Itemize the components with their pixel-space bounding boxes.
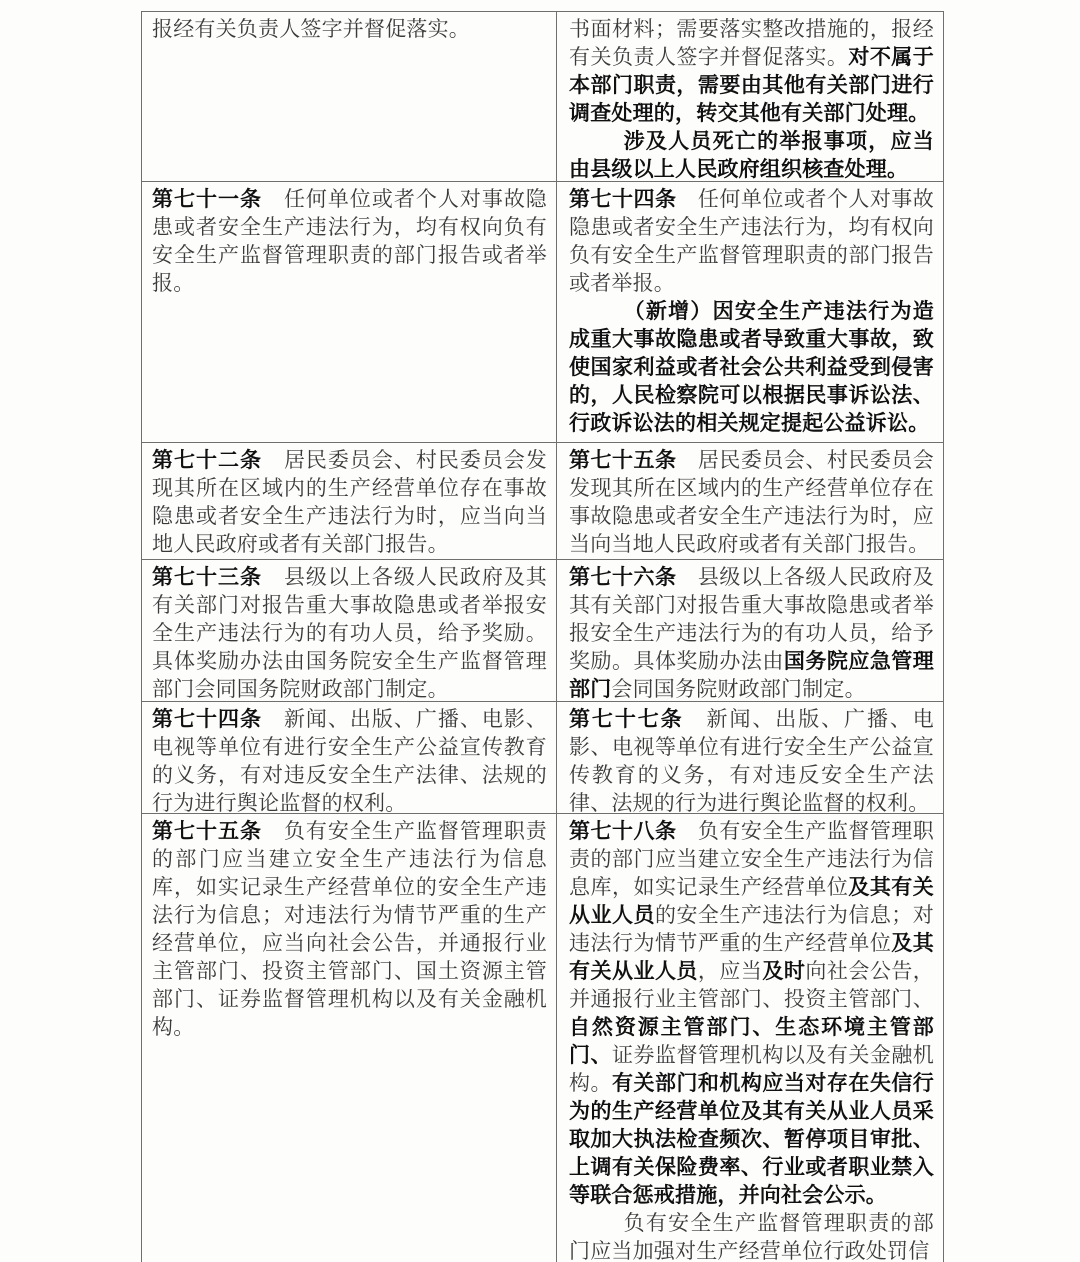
article-number: 第七十四条 <box>569 187 676 211</box>
new-law-cell: 第七十四条 任何单位或者个人对事故隐患或者安全生产违法行为，均有权向负有安全生产… <box>557 182 943 442</box>
scanned-document-page: 报经有关负责人签字并督促落实。书面材料；需要落实整改措施的，报经有关负责人签字并… <box>0 0 1080 1262</box>
paragraph: 第七十六条 县级以上各级人民政府及其有关部门对报告重大事故隐患或者举报安全生产违… <box>569 563 934 701</box>
article-number: 第七十六条 <box>569 565 676 589</box>
table-row: 第七十二条 居民委员会、村民委员会发现其所在区域内的生产经营单位存在事故隐患或者… <box>142 443 943 560</box>
old-law-cell: 第七十五条 负有安全生产监督管理职责的部门应当建立安全生产违法行为信息库，如实记… <box>142 814 557 1262</box>
paragraph: 第七十三条 县级以上各级人民政府及其有关部门对报告重大事故隐患或者举报安全生产违… <box>152 563 547 701</box>
old-law-cell: 第七十四条 新闻、出版、广播、电影、电视等单位有进行安全生产公益宣传教育的义务，… <box>142 702 557 813</box>
body-text: ，应当 <box>698 959 762 983</box>
paragraph: 书面材料；需要落实整改措施的，报经有关负责人签字并督促落实。对不属于本部门职责，… <box>569 15 934 127</box>
body-text: 负有安全生产监督管理职责的部门应当加强对生产经营单位行政处罚信 <box>569 1211 934 1262</box>
old-law-cell: 报经有关负责人签字并督促落实。 <box>142 12 557 181</box>
article-number: 第七十二条 <box>152 448 262 472</box>
paragraph: 第七十一条 任何单位或者个人对事故隐患或者安全生产违法行为，均有权向负有安全生产… <box>152 185 547 297</box>
body-text: 负有安全生产监督管理职责的部门应当建立安全生产违法行为信息库，如实记录生产经营单… <box>152 819 547 1039</box>
revised-text: 有关部门和机构应当对存在失信行为的生产经营单位及其有关从业人员采取加大执法检查频… <box>569 1071 934 1207</box>
paragraph: 负有安全生产监督管理职责的部门应当加强对生产经营单位行政处罚信 <box>569 1209 934 1262</box>
article-number: 第七十八条 <box>569 819 676 843</box>
paragraph: 报经有关负责人签字并督促落实。 <box>152 15 547 43</box>
article-number: 第七十一条 <box>152 187 262 211</box>
paragraph: 第七十四条 任何单位或者个人对事故隐患或者安全生产违法行为，均有权向负有安全生产… <box>569 185 934 297</box>
old-law-cell: 第七十二条 居民委员会、村民委员会发现其所在区域内的生产经营单位存在事故隐患或者… <box>142 443 557 559</box>
paragraph: 第七十二条 居民委员会、村民委员会发现其所在区域内的生产经营单位存在事故隐患或者… <box>152 446 547 558</box>
paragraph: （新增）因安全生产违法行为造成重大事故隐患或者导致重大事故，致使国家利益或者社会… <box>569 297 934 437</box>
old-law-cell: 第七十一条 任何单位或者个人对事故隐患或者安全生产违法行为，均有权向负有安全生产… <box>142 182 557 442</box>
article-number: 第七十四条 <box>152 707 262 731</box>
table-row: 第七十四条 新闻、出版、广播、电影、电视等单位有进行安全生产公益宣传教育的义务，… <box>142 702 943 814</box>
paragraph: 第七十四条 新闻、出版、广播、电影、电视等单位有进行安全生产公益宣传教育的义务，… <box>152 705 547 813</box>
article-number: 第七十五条 <box>152 819 262 843</box>
body-text: 报经有关负责人签字并督促落实。 <box>152 17 470 41</box>
table-row: 第七十一条 任何单位或者个人对事故隐患或者安全生产违法行为，均有权向负有安全生产… <box>142 182 943 443</box>
article-number: 第七十七条 <box>569 707 684 731</box>
new-law-cell: 第七十八条 负有安全生产监督管理职责的部门应当建立安全生产违法行为信息库，如实记… <box>557 814 943 1262</box>
old-law-cell: 第七十三条 县级以上各级人民政府及其有关部门对报告重大事故隐患或者举报安全生产违… <box>142 560 557 701</box>
paragraph: 第七十五条 负有安全生产监督管理职责的部门应当建立安全生产违法行为信息库，如实记… <box>152 817 547 1041</box>
table-row: 第七十三条 县级以上各级人民政府及其有关部门对报告重大事故隐患或者举报安全生产违… <box>142 560 943 702</box>
revised-text: 涉及人员死亡的举报事项，应当由县级以上人民政府组织核查处理。 <box>569 129 934 181</box>
table-row: 报经有关负责人签字并督促落实。书面材料；需要落实整改措施的，报经有关负责人签字并… <box>142 12 943 182</box>
new-law-cell: 第七十六条 县级以上各级人民政府及其有关部门对报告重大事故隐患或者举报安全生产违… <box>557 560 943 701</box>
body-text: 会同国务院财政部门制定。 <box>611 677 865 701</box>
revised-text: （新增）因安全生产违法行为造成重大事故隐患或者导致重大事故，致使国家利益或者社会… <box>569 299 934 435</box>
new-law-cell: 书面材料；需要落实整改措施的，报经有关负责人签字并督促落实。对不属于本部门职责，… <box>557 12 943 181</box>
paragraph: 第七十七条 新闻、出版、广播、电影、电视等单位有进行安全生产公益宣传教育的义务，… <box>569 705 934 813</box>
article-number: 第七十五条 <box>569 448 676 472</box>
paragraph: 第七十八条 负有安全生产监督管理职责的部门应当建立安全生产违法行为信息库，如实记… <box>569 817 934 1209</box>
paragraph: 涉及人员死亡的举报事项，应当由县级以上人民政府组织核查处理。 <box>569 127 934 181</box>
paragraph: 第七十五条 居民委员会、村民委员会发现其所在区域内的生产经营单位存在事故隐患或者… <box>569 446 934 558</box>
new-law-cell: 第七十五条 居民委员会、村民委员会发现其所在区域内的生产经营单位存在事故隐患或者… <box>557 443 943 559</box>
new-law-cell: 第七十七条 新闻、出版、广播、电影、电视等单位有进行安全生产公益宣传教育的义务，… <box>557 702 943 813</box>
table-row: 第七十五条 负有安全生产监督管理职责的部门应当建立安全生产违法行为信息库，如实记… <box>142 814 943 1262</box>
revised-text: 及时 <box>762 959 805 983</box>
article-number: 第七十三条 <box>152 565 262 589</box>
comparison-table: 报经有关负责人签字并督促落实。书面材料；需要落实整改措施的，报经有关负责人签字并… <box>141 11 944 1262</box>
